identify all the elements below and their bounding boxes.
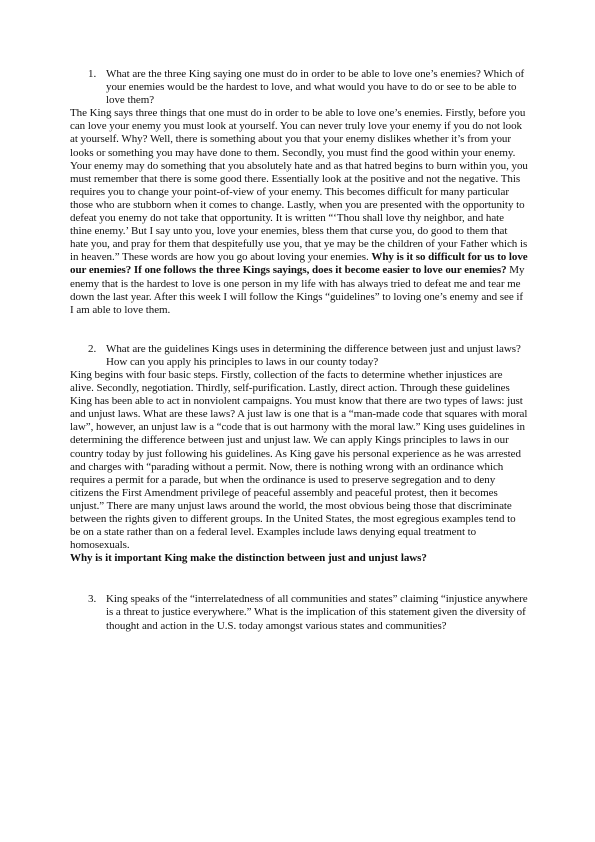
document-page: 1. What are the three King saying one mu…	[70, 68, 528, 633]
question-number: 3.	[88, 593, 96, 606]
question-number: 1.	[88, 68, 96, 81]
answer-2: King begins with four basic steps. First…	[70, 369, 528, 565]
question-text: What are the three King saying one must …	[106, 68, 524, 106]
question-text: What are the guidelines Kings uses in de…	[106, 343, 521, 368]
answer-1: The King says three things that one must…	[70, 107, 528, 317]
question-3: 3. King speaks of the “interrelatedness …	[70, 593, 528, 632]
answer-bold-question: Why is it important King make the distin…	[70, 552, 427, 564]
question-1: 1. What are the three King saying one mu…	[70, 68, 528, 107]
question-text: King speaks of the “interrelatedness of …	[106, 593, 528, 631]
question-number: 2.	[88, 343, 96, 356]
answer-text: King begins with four basic steps. First…	[70, 369, 527, 551]
spacer	[70, 565, 528, 593]
answer-text: The King says three things that one must…	[70, 107, 528, 263]
spacer	[70, 317, 528, 343]
question-2: 2. What are the guidelines Kings uses in…	[70, 343, 528, 369]
